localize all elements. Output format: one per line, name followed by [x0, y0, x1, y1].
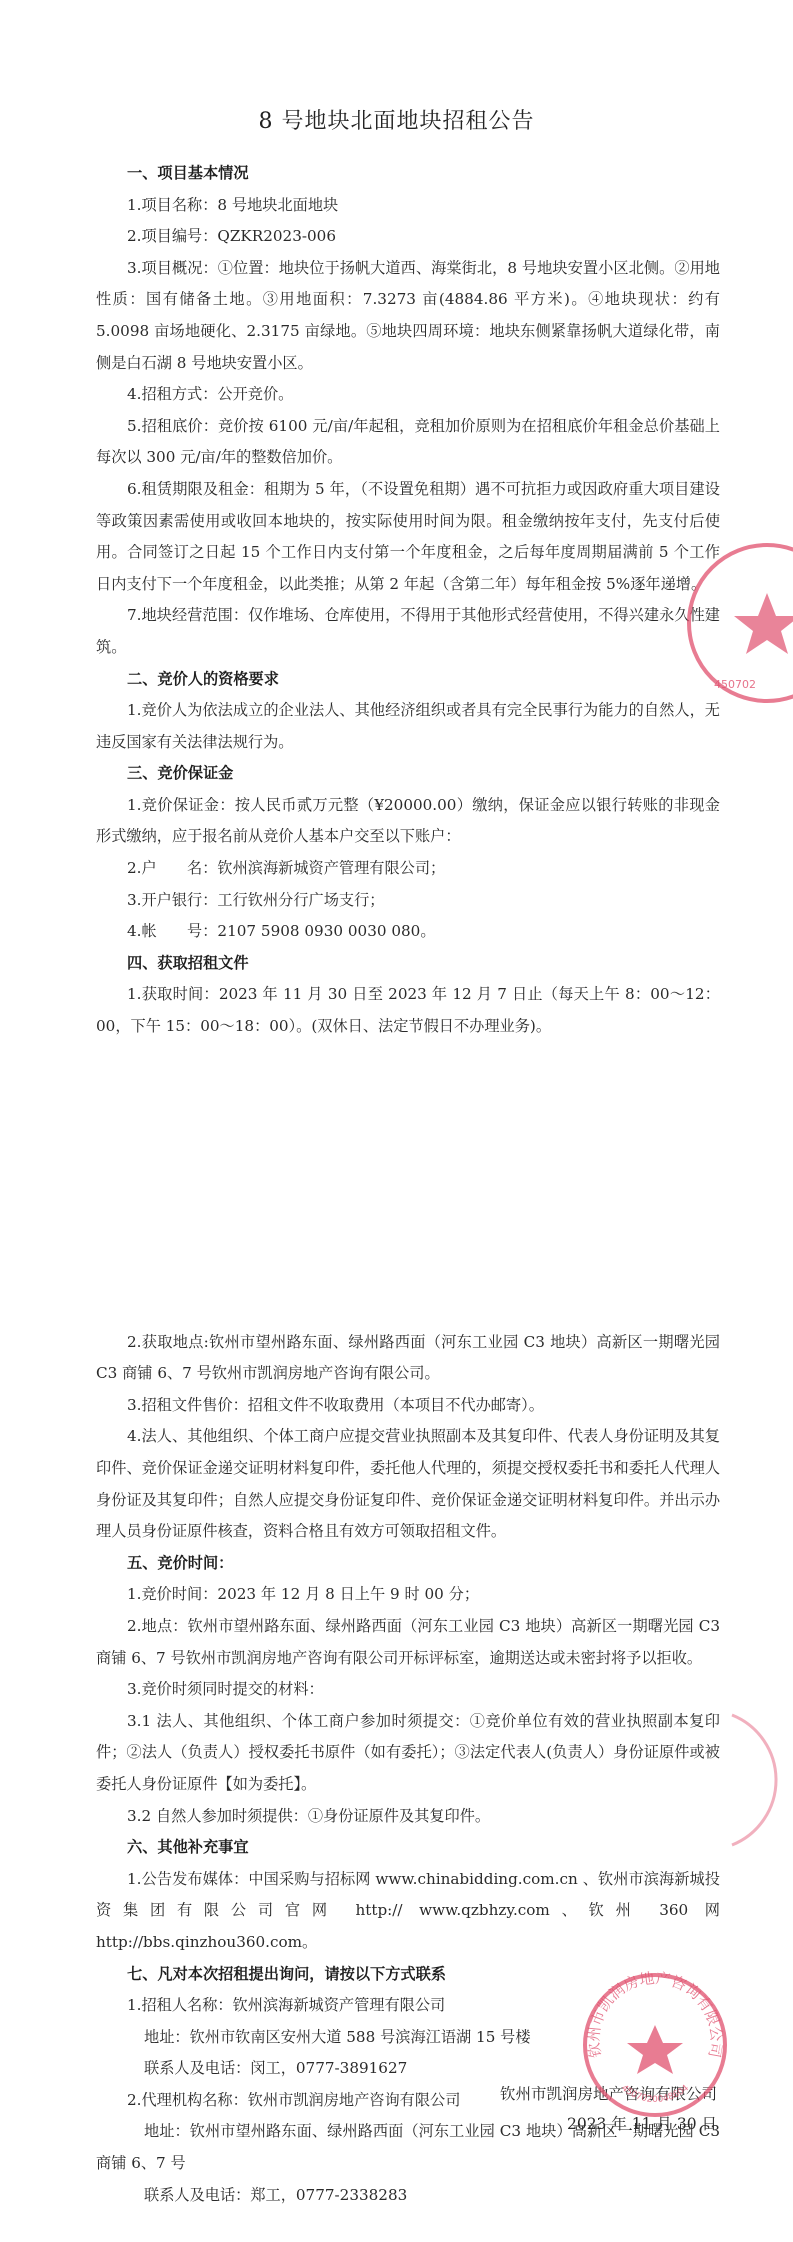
section-heading-3: 三、竞价保证金 — [96, 758, 720, 790]
section4-item-2: 2.获取地点:钦州市望州路东面、绿州路西面（河东工业园 C3 地块）高新区一期曙… — [96, 1327, 720, 1390]
section-heading-7: 七、凡对本次招租提出询问，请按以下方式联系 — [96, 1959, 720, 1991]
section4-item-3: 3.招租文件售价：招租文件不收取费用（本项目不代办邮寄）。 — [96, 1390, 720, 1422]
section1-item-4: 4.招租方式：公开竞价。 — [96, 379, 720, 411]
section5-item-3-1: 3.1 法人、其他组织、个体工商户参加时须提交：①竞价单位有效的营业执照副本复印… — [96, 1706, 720, 1801]
section-heading-4: 四、获取招租文件 — [96, 948, 720, 980]
section1-item-6: 6.租赁期限及租金：租期为 5 年，（不设置免租期）遇不可抗拒力或因政府重大项目… — [96, 474, 720, 600]
seal-icon — [722, 1705, 793, 1855]
document-page: 8 号地块北面地块招租公告 一、项目基本情况 1.项目名称：8 号地块北面地块 … — [0, 0, 793, 2242]
page-title: 8 号地块北面地块招租公告 — [0, 104, 793, 135]
section4-item-1: 1.获取时间：2023 年 11 月 30 日至 2023 年 12 月 7 日… — [96, 979, 720, 1042]
section5-item-2: 2.地点：钦州市望州路东面、绿州路西面（河东工业园 C3 地块）高新区一期曙光园… — [96, 1611, 720, 1674]
company-seal-partial-right — [722, 1705, 793, 1855]
section1-item-5: 5.招租底价：竞价按 6100 元/亩/年起租，竞租加价原则为在招租底价年租金总… — [96, 411, 720, 474]
section3-item-1: 1.竞价保证金：按人民币贰万元整（¥20000.00）缴纳，保证金应以银行转账的… — [96, 790, 720, 853]
section4-item-4: 4.法人、其他组织、个体工商户应提交营业执照副本及其复印件、代表人身份证明及其复… — [96, 1421, 720, 1547]
page-break-gap — [96, 1043, 720, 1327]
section-heading-1: 一、项目基本情况 — [96, 158, 720, 190]
signature-block: 钦州市凯润房地产咨询有限公司 2023 年 11 月 30 日 — [500, 2079, 717, 2139]
section2-item-1: 1.竞价人为依法成立的企业法人、其他经济组织或者具有完全民事行为能力的自然人，无… — [96, 695, 720, 758]
section-heading-5: 五、竞价时间： — [96, 1548, 720, 1580]
section5-item-1: 1.竞价时间：2023 年 12 月 8 日上午 9 时 00 分； — [96, 1579, 720, 1611]
section5-item-3: 3.竞价时须同时提交的材料： — [96, 1674, 720, 1706]
section6-item-1: 1.公告发布媒体：中国采购与招标网 www.chinabidding.com.c… — [96, 1864, 720, 1959]
section-heading-2: 二、竞价人的资格要求 — [96, 664, 720, 696]
section1-item-7: 7.地块经营范围：仅作堆场、仓库使用，不得用于其他形式经营使用，不得兴建永久性建… — [96, 600, 720, 663]
svg-text:450702: 450702 — [714, 678, 756, 691]
signature-company: 钦州市凯润房地产咨询有限公司 — [500, 2079, 717, 2109]
section-heading-6: 六、其他补充事宜 — [96, 1832, 720, 1864]
section5-item-3-2: 3.2 自然人参加时须提供：①身份证原件及其复印件。 — [96, 1801, 720, 1833]
lessor-address: 地址：钦州市钦南区安州大道 588 号滨海江语湖 15 号楼 — [96, 2022, 720, 2054]
document-body: 一、项目基本情况 1.项目名称：8 号地块北面地块 2.项目编号：QZKR202… — [96, 158, 720, 2211]
signature-date: 2023 年 11 月 30 日 — [500, 2109, 717, 2139]
section1-item-2: 2.项目编号：QZKR2023-006 — [96, 221, 720, 253]
section3-item-2: 2.户 名：钦州滨海新城资产管理有限公司； — [96, 853, 720, 885]
section3-item-3: 3.开户银行：工行钦州分行广场支行； — [96, 885, 720, 917]
section3-item-4: 4.帐 号：2107 5908 0930 0030 080。 — [96, 916, 720, 948]
section1-item-3: 3.项目概况：①位置：地块位于扬帆大道西、海棠街北，8 号地块安置小区北侧。②用… — [96, 253, 720, 379]
lessor-name: 1.招租人名称：钦州滨海新城资产管理有限公司 — [96, 1990, 720, 2022]
section1-item-1: 1.项目名称：8 号地块北面地块 — [96, 190, 720, 222]
agent-contact: 联系人及电话：郑工，0777-2338283 — [96, 2180, 720, 2212]
